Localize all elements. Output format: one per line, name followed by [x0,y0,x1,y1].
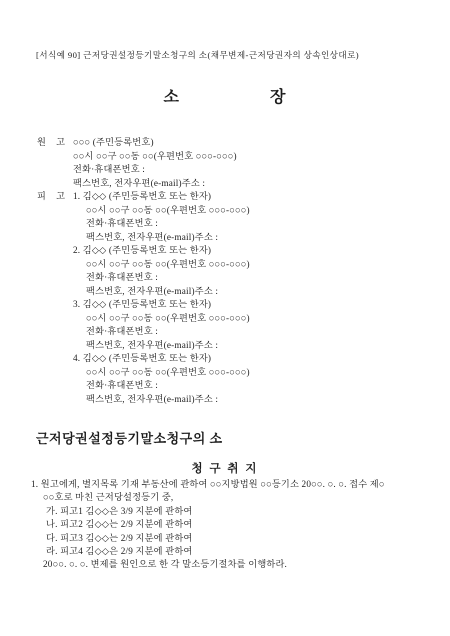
claim-line-1: 1. 원고에게, 별지목록 기재 부동산에 관하여 ○○지방법원 ○○등기소 2… [31,478,385,491]
plaintiff-role-label: 원 고 [37,136,73,150]
defendant-2-name: 2. 김◇◇ (주민등록번호 또는 한자) [37,244,250,258]
claim-item-3: 다. 피고3 김◇◇는 2/9 지분에 관하여 [31,532,385,545]
document-title: 소 장 [0,84,450,107]
defendant-4-fax: 팩스번호, 전자우편(e-mail)주소 : [37,393,250,407]
claim-item-1: 가. 피고1 김◇◇은 3/9 지분에 관하여 [31,505,385,518]
defendant-1-fax: 팩스번호, 전자우편(e-mail)주소 : [37,231,250,245]
defendant-3-name: 3. 김◇◇ (주민등록번호 또는 한자) [37,298,250,312]
defendant-2-fax: 팩스번호, 전자우편(e-mail)주소 : [37,285,250,299]
defendant-3-fax: 팩스번호, 전자우편(e-mail)주소 : [37,339,250,353]
claim-item-4: 라. 피고4 김◇◇은 2/9 지분에 관하여 [31,545,385,558]
case-heading: 근저당권설정등기말소청구의 소 [36,428,223,447]
defendant-1-name: 1. 김◇◇ (주민등록번호 또는 한자) [73,190,211,204]
claim-body: 1. 원고에게, 별지목록 기재 부동산에 관하여 ○○지방법원 ○○등기소 2… [31,478,385,572]
claim-item-2: 나. 피고2 김◇◇는 2/9 지분에 관하여 [31,518,385,531]
defendant-4-phone: 전화·휴대폰번호 : [37,379,250,393]
form-example-label: [서식예 90] 근저당권설정등기말소청구의 소(채무변제-근저당권자의 상속인… [36,49,359,61]
plaintiff-fax: 팩스번호, 전자우편(e-mail)주소 : [37,177,250,191]
plaintiff-address: ○○시 ○○구 ○○동 ○○(우편번호 ○○○-○○○) [37,150,250,164]
defendant-1-name-row: 피 고 1. 김◇◇ (주민등록번호 또는 한자) [37,190,250,204]
defendant-3-address: ○○시 ○○구 ○○동 ○○(우편번호 ○○○-○○○) [37,312,250,326]
claim-section-title: 청 구 취 지 [0,460,450,476]
claim-closing-line: 20○○. ○. ○. 변제를 원인으로 한 각 말소등기절차를 이행하라. [31,558,385,571]
defendant-1-address: ○○시 ○○구 ○○동 ○○(우편번호 ○○○-○○○) [37,204,250,218]
defendant-1-phone: 전화·휴대폰번호 : [37,217,250,231]
plaintiff-phone: 전화·휴대폰번호 : [37,163,250,177]
legal-document-page: [서식예 90] 근저당권설정등기말소청구의 소(채무변제-근저당권자의 상속인… [0,0,450,636]
defendant-3-phone: 전화·휴대폰번호 : [37,325,250,339]
defendant-role-label: 피 고 [37,190,73,204]
defendant-2-phone: 전화·휴대폰번호 : [37,271,250,285]
defendant-4-name: 4. 김◇◇ (주민등록번호 또는 한자) [37,352,250,366]
parties-section: 원 고 ○○○ (주민등록번호) ○○시 ○○구 ○○동 ○○(우편번호 ○○○… [37,136,250,406]
defendant-2-address: ○○시 ○○구 ○○동 ○○(우편번호 ○○○-○○○) [37,258,250,272]
plaintiff-name-row: 원 고 ○○○ (주민등록번호) [37,136,250,150]
plaintiff-name: ○○○ (주민등록번호) [73,136,154,150]
claim-line-2: ○○호로 마친 근저당설정등기 중, [31,491,385,504]
defendant-4-address: ○○시 ○○구 ○○동 ○○(우편번호 ○○○-○○○) [37,366,250,380]
